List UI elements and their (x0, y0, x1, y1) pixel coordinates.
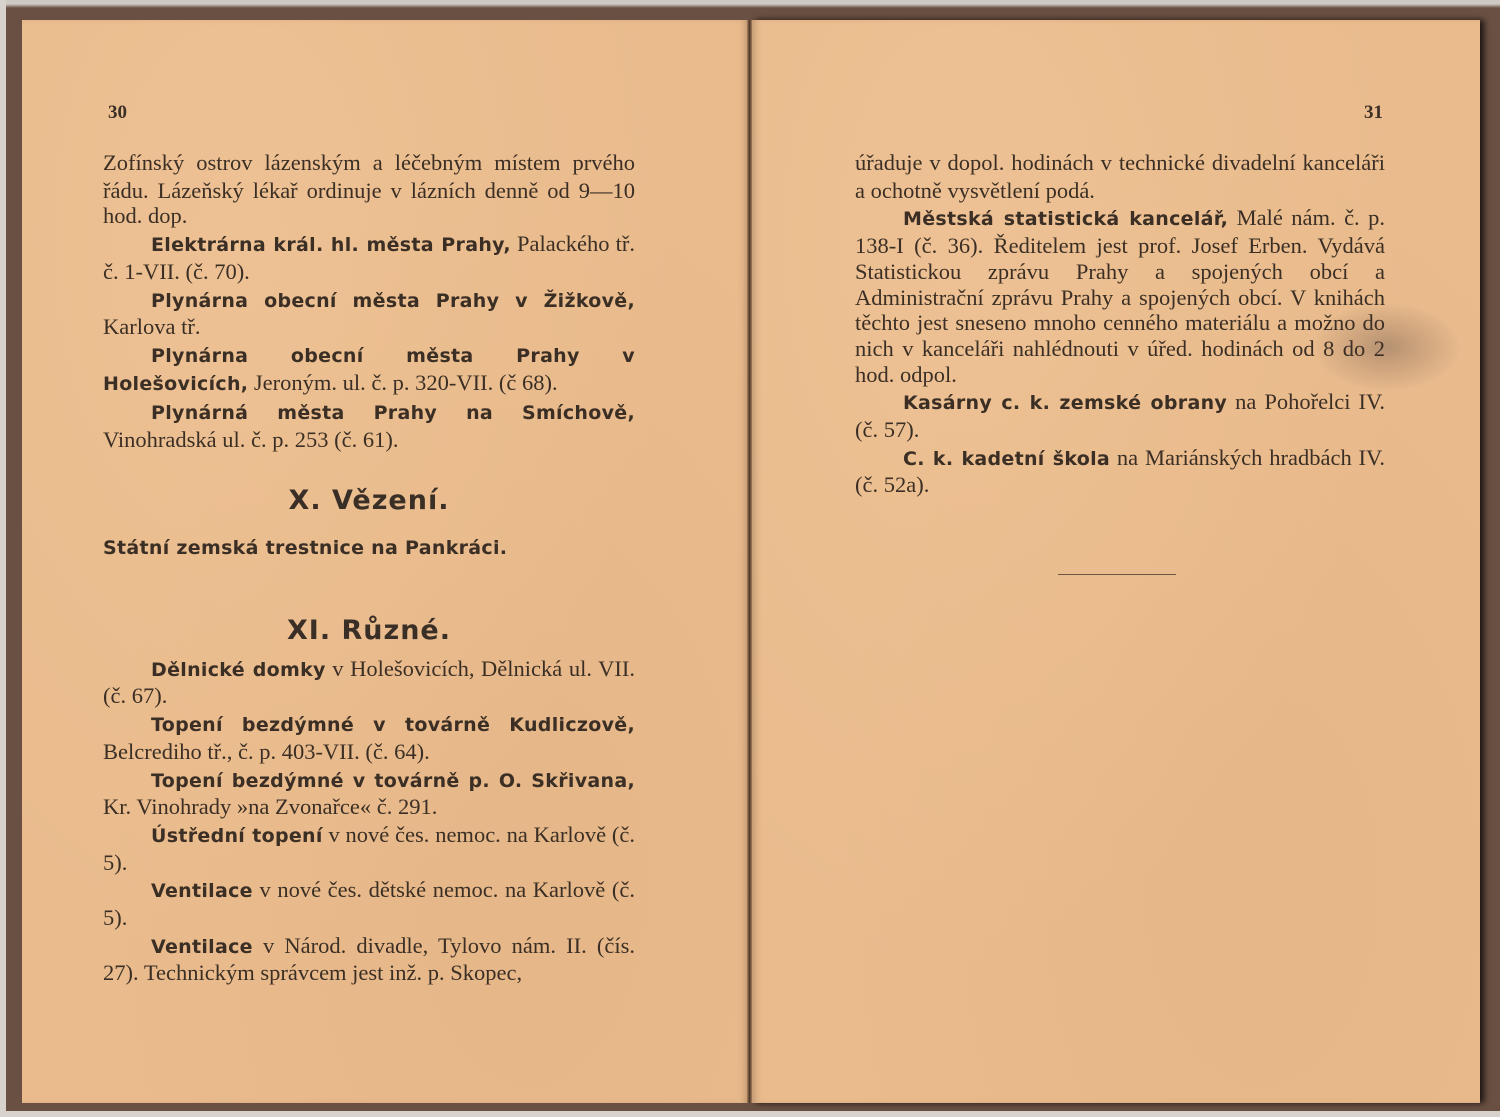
entry-title: Plynárna obecní města Prahy v Žižkově, (151, 290, 635, 312)
paragraph: Plynárná města Prahy na Smíchově, Vinohr… (103, 399, 635, 452)
paragraph: Topení bezdýmné v továrně Kudliczově, Be… (103, 711, 635, 764)
right-page: 31 úřaduje v dopol. hodinách v technické… (752, 20, 1480, 1103)
entry-title: Ústřední topení (151, 825, 323, 847)
section-entry: Státní zemská trestnice na Pankráci. (103, 536, 635, 562)
left-page-text: Zofínský ostrov lázenským a léčebným mís… (103, 150, 635, 453)
page-number: 31 (1364, 102, 1383, 124)
background-edge (0, 1111, 1500, 1117)
entry-title: Plynárná města Prahy na Smíchově, (151, 402, 635, 424)
entry-title: Topení bezdýmné v továrně p. O. Skřivana… (151, 770, 635, 792)
paragraph: Plynárna obecní města Prahy v Žižkově, K… (103, 287, 635, 340)
paragraph: Městská statistická kancelář, Malé nám. … (855, 205, 1385, 387)
entry-title: C. k. kadetní škola (903, 448, 1110, 470)
right-page-text: úřaduje v dopol. hodinách v technické di… (855, 150, 1385, 498)
end-divider (1058, 574, 1176, 575)
entry-title: Elektrárna král. hl. města Prahy, (151, 234, 511, 256)
page-number: 30 (108, 102, 127, 124)
entry-title: Ventilace (151, 880, 253, 902)
paragraph: Elektrárna král. hl. města Prahy, Palack… (103, 231, 635, 284)
paragraph: Dělnické domky v Holešovicích, Dělnická … (103, 656, 635, 709)
section-heading: X. Vězení. (103, 488, 635, 514)
paragraph: Plynárna obecní města Prahy v Holešovicí… (103, 342, 635, 397)
paragraph: Topení bezdýmné v továrně p. O. Skřivana… (103, 767, 635, 820)
section-xi: XI. Různé. Dělnické domky v Holešovicích… (103, 618, 635, 986)
background-edge (0, 0, 6, 1117)
paragraph: C. k. kadetní škola na Mariánských hradb… (855, 445, 1385, 498)
section-x: X. Vězení. Státní zemská trestnice na Pa… (103, 488, 635, 561)
section-heading: XI. Různé. (103, 618, 635, 644)
entry-title: Topení bezdýmné v továrně Kudliczově, (151, 714, 635, 736)
entry-title: Ventilace (151, 936, 253, 958)
paragraph: Kasárny c. k. zemské obrany na Pohořelci… (855, 389, 1385, 442)
entry-title: Dělnické domky (151, 659, 326, 681)
paragraph: Ústřední topení v nové čes. nemoc. na Ka… (103, 822, 635, 875)
paragraph: Ventilace v Národ. divadle, Tylovo nám. … (103, 933, 635, 986)
paragraph: Zofínský ostrov lázenským a léčebným mís… (103, 150, 635, 229)
entry-title: Městská statistická kancelář, (903, 208, 1228, 230)
paragraph: úřaduje v dopol. hodinách v technické di… (855, 150, 1385, 203)
paragraph: Ventilace v nové čes. dětské nemoc. na K… (103, 877, 635, 930)
left-page: 30 Zofínský ostrov lázenským a léčebným … (22, 20, 748, 1103)
entry-title: Kasárny c. k. zemské obrany (903, 392, 1227, 414)
